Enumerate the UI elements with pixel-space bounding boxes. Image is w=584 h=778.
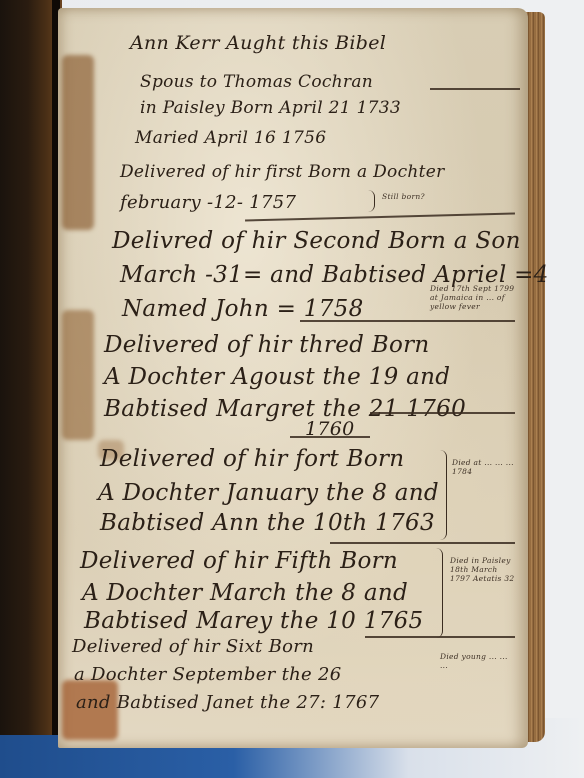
rule (430, 88, 520, 90)
brace (368, 190, 375, 212)
entry-5-line-1: Delivered of hir Fifth Born (80, 548, 398, 574)
rust-stain (62, 310, 94, 440)
entry-1-line-1: Delivered of hir first Born a Dochter (120, 162, 445, 182)
rule (365, 636, 515, 638)
header-marriage-line: Maried April 16 1756 (135, 128, 326, 148)
rule (370, 412, 515, 414)
entry-4-line-3: Babtised Ann the 10th 1763 (100, 510, 435, 536)
brace (440, 450, 447, 540)
header-spouse-line: Spous to Thomas Cochran (140, 72, 373, 92)
rust-stain (62, 55, 94, 230)
entry-6-margin-note: Died young ... ... ... (440, 652, 510, 670)
rule (300, 320, 515, 322)
header-owner-line: Ann Kerr Aught this Bibel (130, 32, 386, 54)
entry-2-line-1: Delivred of hir Second Born a Son (112, 228, 521, 254)
header-birth-line: in Paisley Born April 21 1733 (140, 98, 401, 118)
brace (436, 548, 443, 638)
entry-5-line-2: A Dochter March the 8 and (82, 580, 408, 606)
entry-4-line-1: Delivered of hir fort Born (100, 446, 404, 472)
rule (330, 542, 515, 544)
entry-3-line-2: A Dochter Agoust the 19 and (104, 364, 450, 390)
entry-6-line-2: a Dochter September the 26 (74, 664, 341, 685)
entry-4-line-2: A Dochter January the 8 and (98, 480, 439, 506)
entry-3-line-1: Delivered of hir thred Born (104, 332, 430, 358)
entry-6-line-1: Delivered of hir Sixt Born (72, 636, 314, 657)
entry-5-margin-note: Died in Paisley 18th March 1797 Aetatis … (450, 556, 520, 583)
entry-6-line-3: and Babtised Janet the 27: 1767 (76, 692, 379, 713)
entry-1-margin-note: Still born? (382, 192, 472, 201)
entry-2-line-3: Named John = 1758 (122, 296, 364, 322)
entry-5-line-3: Babtised Marey the 10 1765 (84, 608, 423, 634)
entry-2-margin-note: Died 17th Sept 1799 at Jamaica in ... of… (430, 284, 520, 311)
rule (290, 436, 370, 438)
entry-3-line-3: Babtised Margret the 21 1760 (104, 396, 466, 422)
entry-4-margin-note: Died at ... ... ... 1784 (452, 458, 522, 476)
entry-1-line-2: february -12- 1757 (120, 192, 296, 213)
